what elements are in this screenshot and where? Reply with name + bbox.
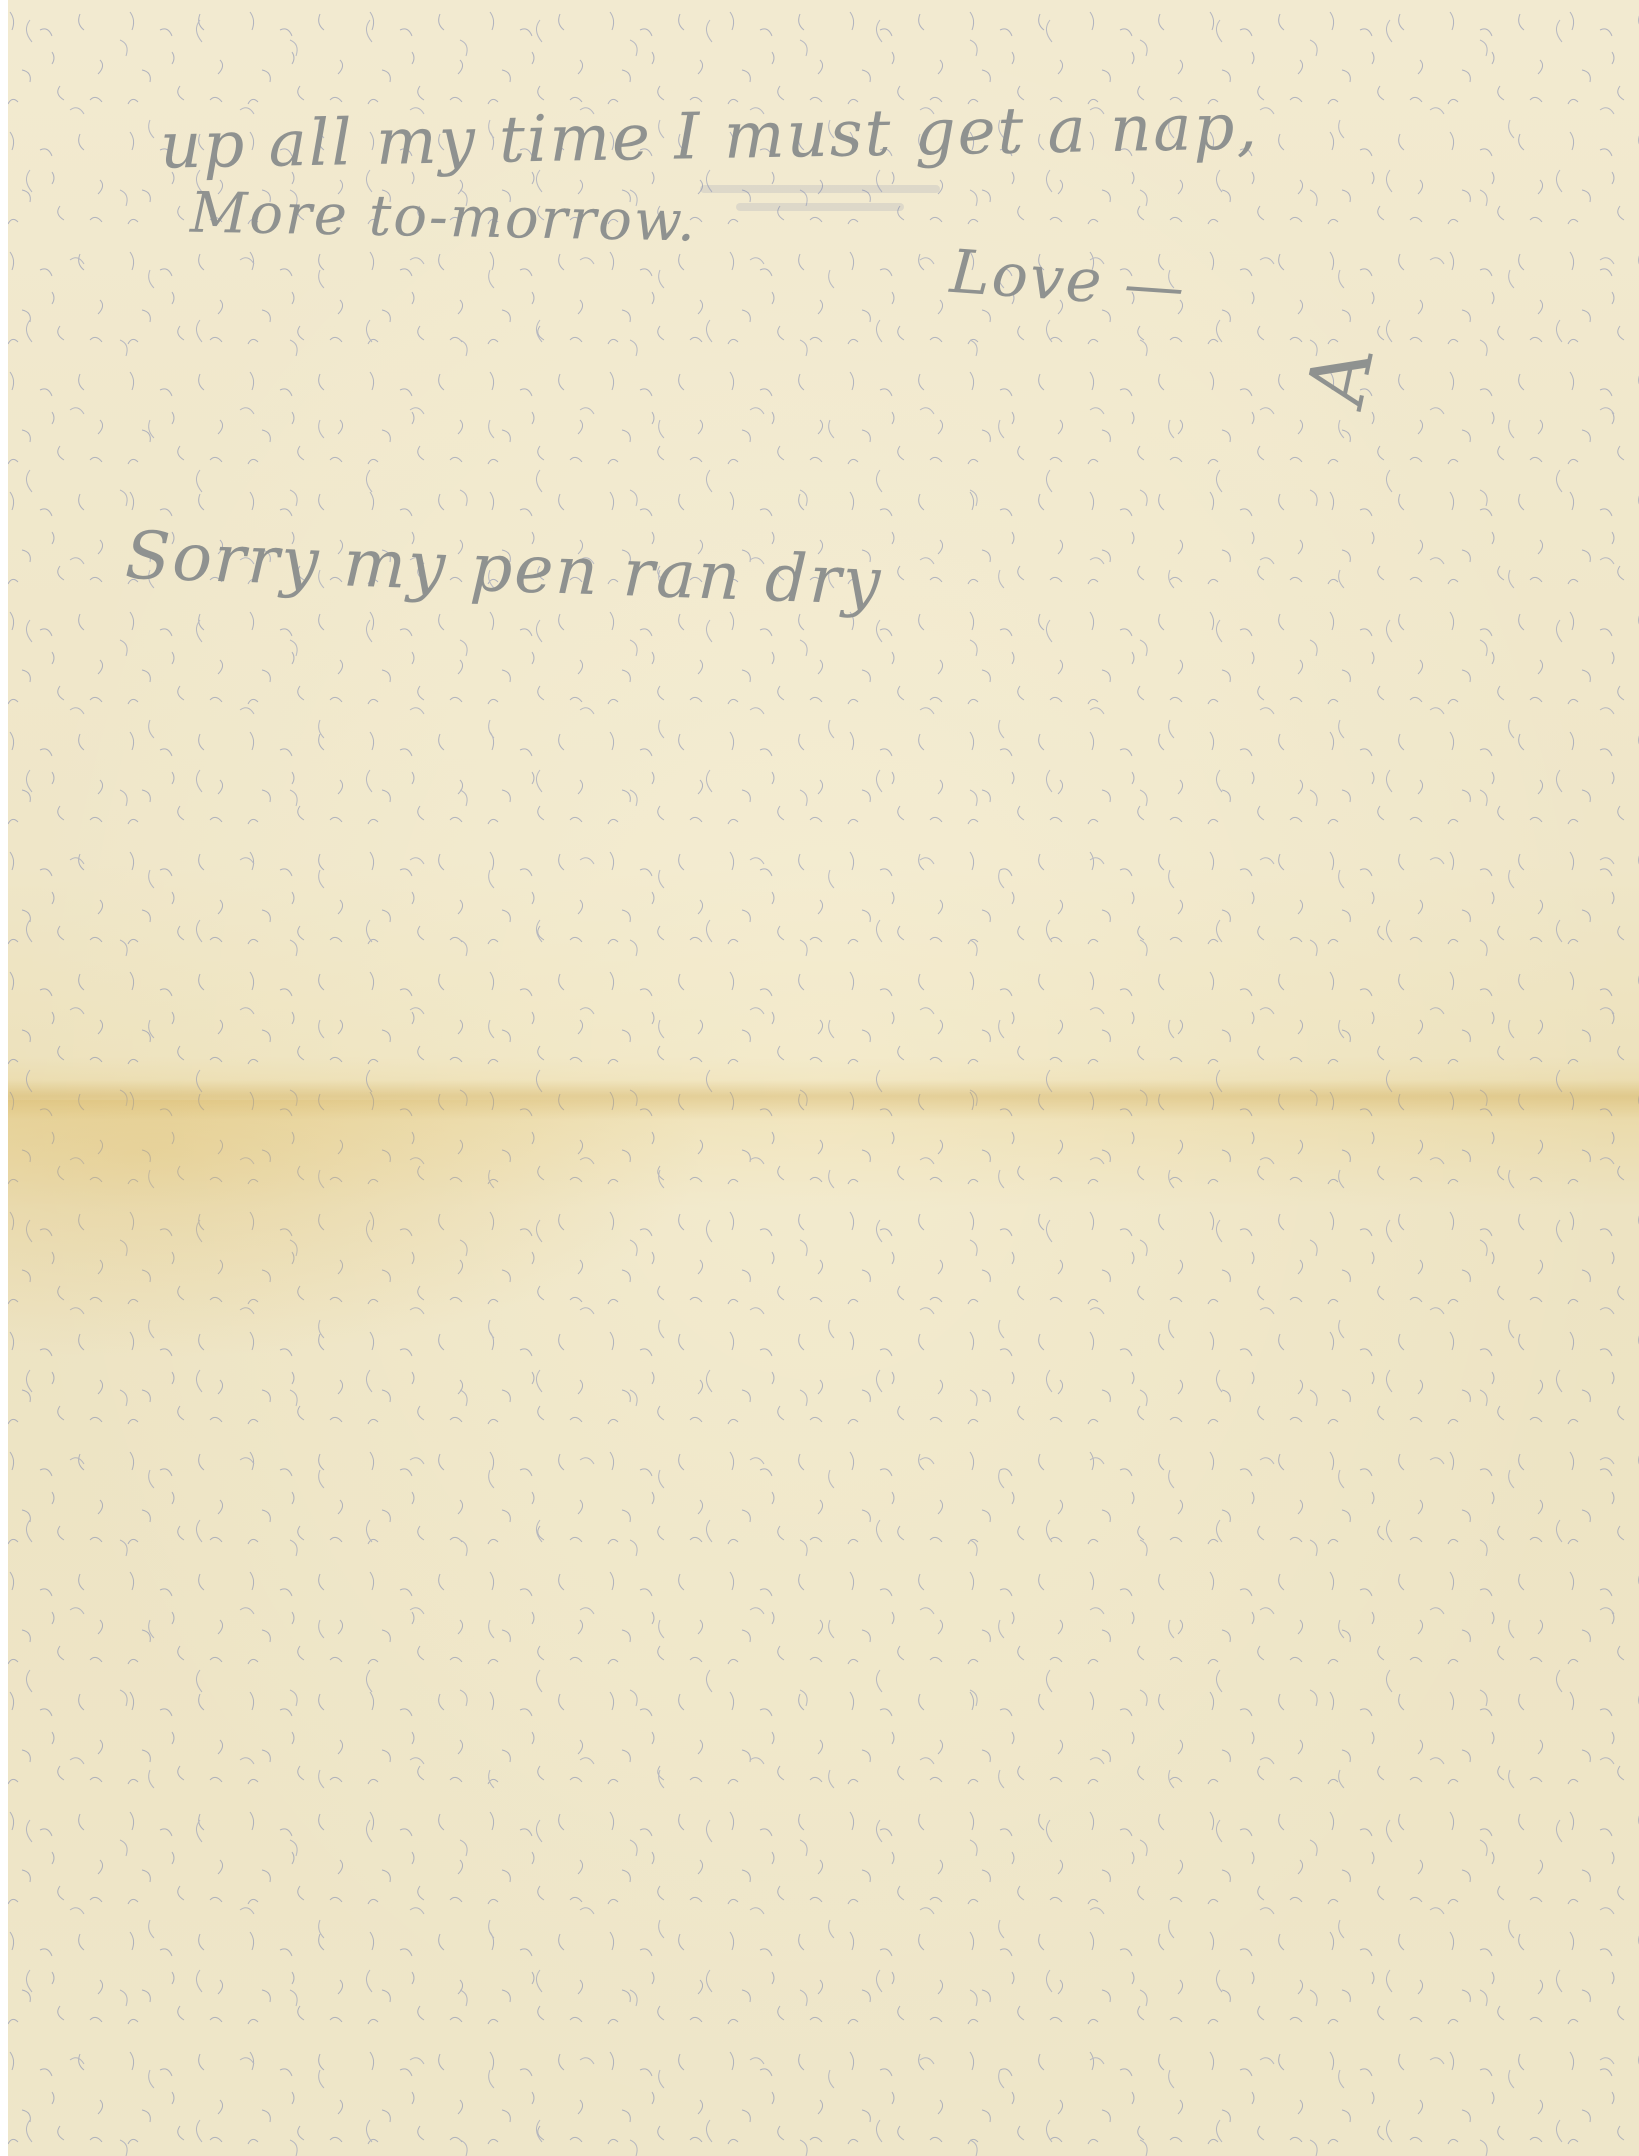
scan-edge	[0, 0, 8, 2156]
fold-discoloration	[8, 1100, 708, 1360]
paper-fiber-texture	[0, 0, 1639, 2156]
letterhead-show-through	[700, 175, 940, 245]
letter-page: up all my time I must get a nap, More to…	[0, 0, 1639, 2156]
handwritten-line-2: More to-morrow.	[189, 181, 697, 255]
